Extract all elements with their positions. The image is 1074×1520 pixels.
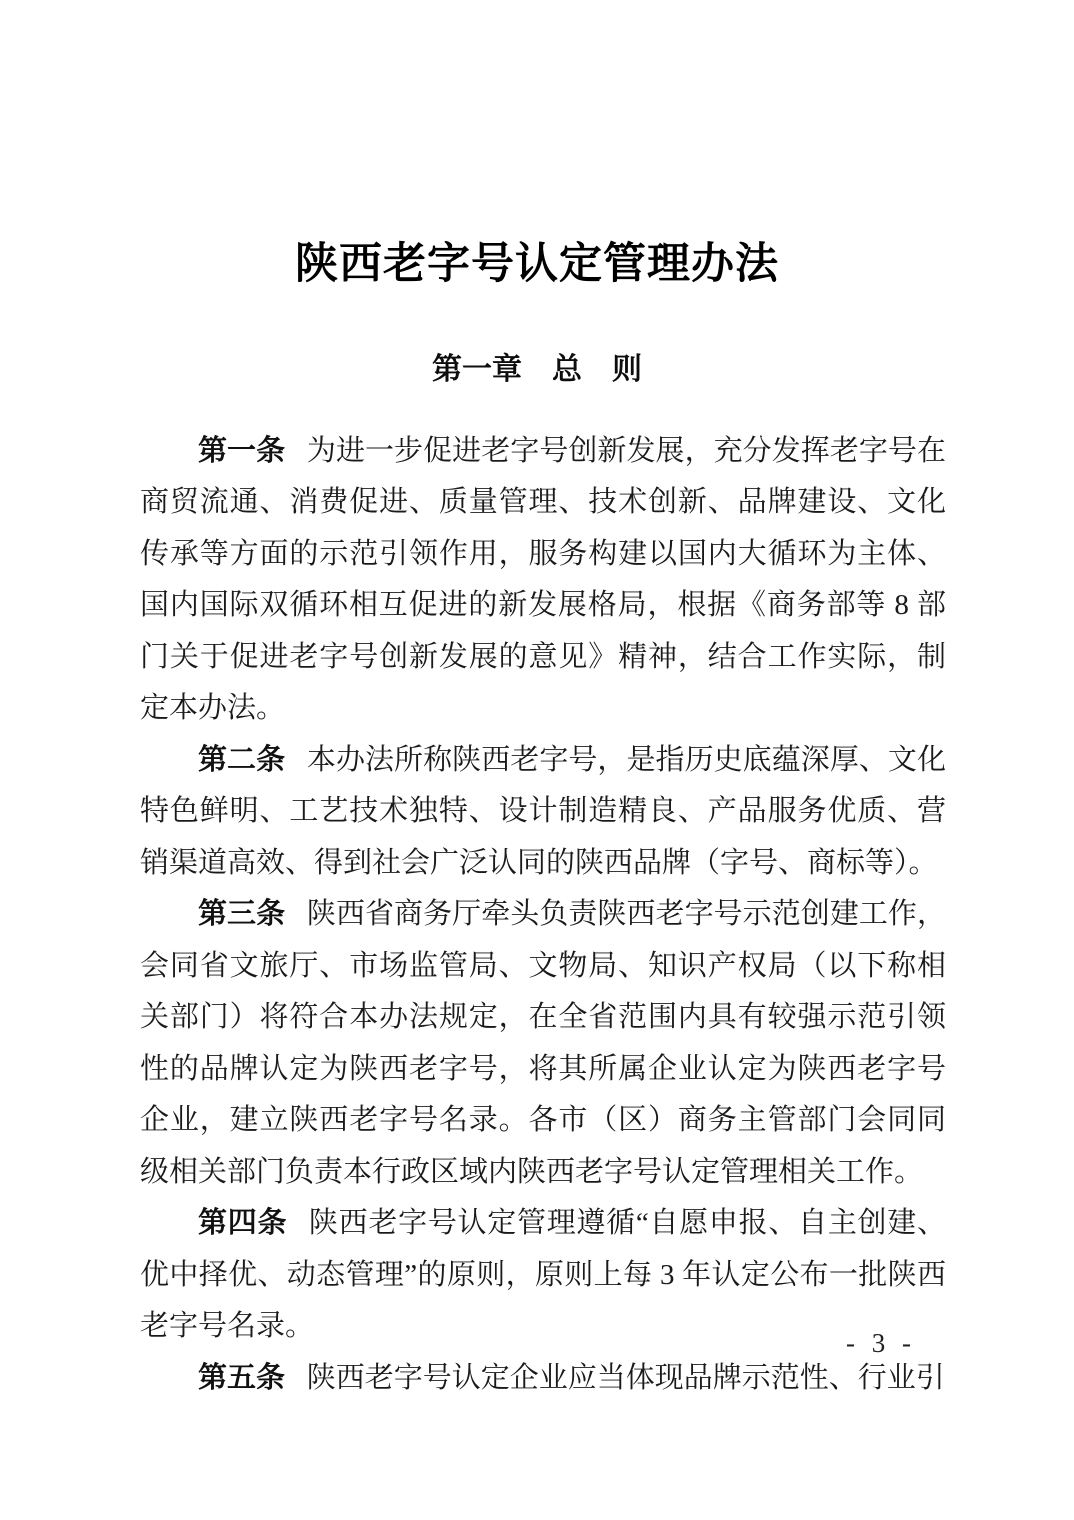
page-number: - 3 - [846, 1326, 916, 1360]
article-3-text: 陕西省商务厅牵头负责陕西老字号示范创建工作，会同省文旅厅、市场监管局、文物局、知… [140, 898, 946, 1188]
article-1-text: 为进一步促进老字号创新发展，充分发挥老字号在商贸流通、消费促进、质量管理、技术创… [140, 435, 946, 725]
document-page: 陕西老字号认定管理办法 第一章 总 则 第一条为进一步促进老字号创新发展，充分发… [0, 0, 1074, 1520]
article-5-text: 陕西老字号认定企业应当体现品牌示范性、行业引 [307, 1362, 945, 1394]
document-title: 陕西老字号认定管理办法 [0, 238, 1074, 292]
article-paragraph-3: 第三条陕西省商务厅牵头负责陕西老字号示范创建工作，会同省文旅厅、市场监管局、文物… [140, 889, 946, 1198]
article-paragraph-1: 第一条为进一步促进老字号创新发展，充分发挥老字号在商贸流通、消费促进、质量管理、… [140, 426, 946, 735]
document-body: 第一条为进一步促进老字号创新发展，充分发挥老字号在商贸流通、消费促进、质量管理、… [140, 426, 946, 1405]
chapter-heading: 第一章 总 则 [0, 352, 1074, 388]
article-4-label: 第四条 [198, 1207, 287, 1239]
article-5-label: 第五条 [198, 1362, 285, 1394]
article-3-label: 第三条 [198, 898, 285, 930]
article-paragraph-2: 第二条本办法所称陕西老字号，是指历史底蕴深厚、文化特色鲜明、工艺技术独特、设计制… [140, 735, 946, 890]
article-paragraph-5: 第五条陕西老字号认定企业应当体现品牌示范性、行业引 [140, 1353, 946, 1405]
article-2-label: 第二条 [198, 744, 285, 776]
article-paragraph-4: 第四条陕西老字号认定管理遵循“自愿申报、自主创建、优中择优、动态管理”的原则，原… [140, 1198, 946, 1353]
article-1-label: 第一条 [198, 435, 285, 467]
